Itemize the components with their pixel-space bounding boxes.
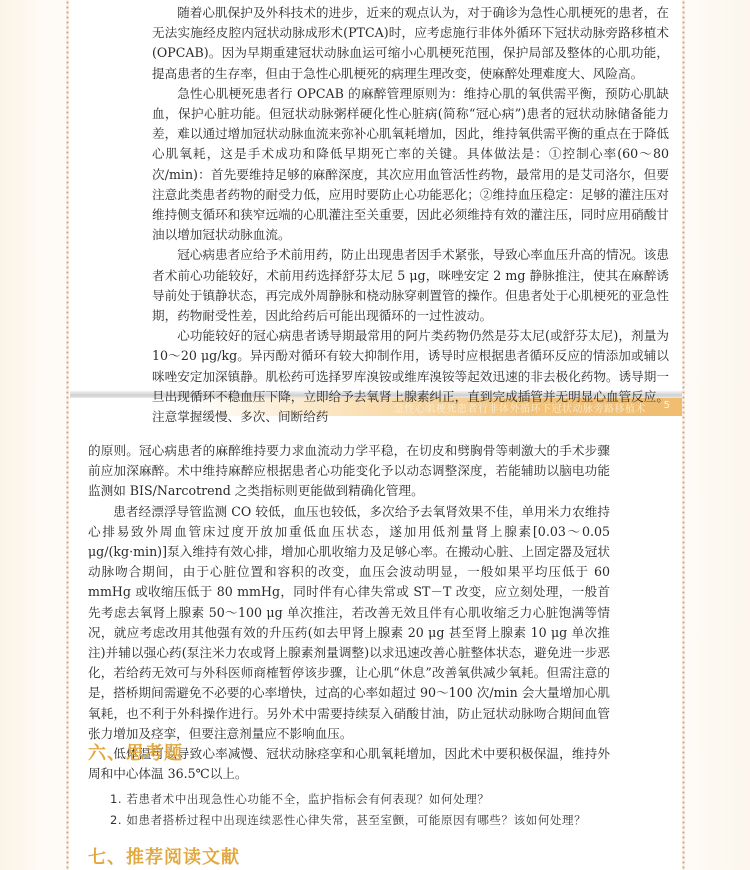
left-dotted-border xyxy=(66,0,69,870)
question-item: 2. 如患者搭桥过程中出现连续恶性心律失常，甚至室颤，可能原因有哪些？该如何处理… xyxy=(110,810,630,831)
paragraph: 随着心肌保护及外科技术的进步，近来的观点认为，对于确诊为急性心肌梗死的患者，在无… xyxy=(152,3,669,84)
paragraph: 冠心病患者应给予术前用药，防止出现患者因手术紧张，导致心率血压升高的情况。该患者… xyxy=(152,245,669,326)
question-item: 1. 若患者术中出现急性心功能不全，监护指标会有何表现？如何处理？ xyxy=(110,789,630,810)
page-top-body: 随着心肌保护及外科技术的进步，近来的观点认为，对于确诊为急性心肌梗死的患者，在无… xyxy=(152,3,669,427)
paragraph: 患者经漂浮导管监测 CO 较低，血压也较低，多次给予去氧肾效果不佳，单用米力农维… xyxy=(88,502,610,744)
question-list: 1. 若患者术中出现急性心功能不全，监护指标会有何表现？如何处理？ 2. 如患者… xyxy=(110,789,630,831)
paragraph: 急性心肌梗死患者行 OPCAB 的麻醉管理原则为：维持心肌的氧供需平衡，预防心肌… xyxy=(152,84,669,246)
page-bottom-body: 的原则。冠心病患者的麻醉维持要力求血流动力学平稳，在切皮和劈胸骨等刺激大的手术步… xyxy=(88,441,610,784)
continued-paragraph: 的原则。冠心病患者的麻醉维持要力求血流动力学平稳，在切皮和劈胸骨等刺激大的手术步… xyxy=(88,441,610,502)
right-dotted-border xyxy=(682,0,685,870)
section-heading-questions: 六、思考题 xyxy=(88,739,183,765)
paragraph: 心功能较好的冠心病患者诱导期最常用的阿片类药物仍然是芬太尼(或舒芬太尼)，剂量为… xyxy=(152,326,669,427)
section-heading-reading: 七、推荐阅读文献 xyxy=(88,843,240,869)
